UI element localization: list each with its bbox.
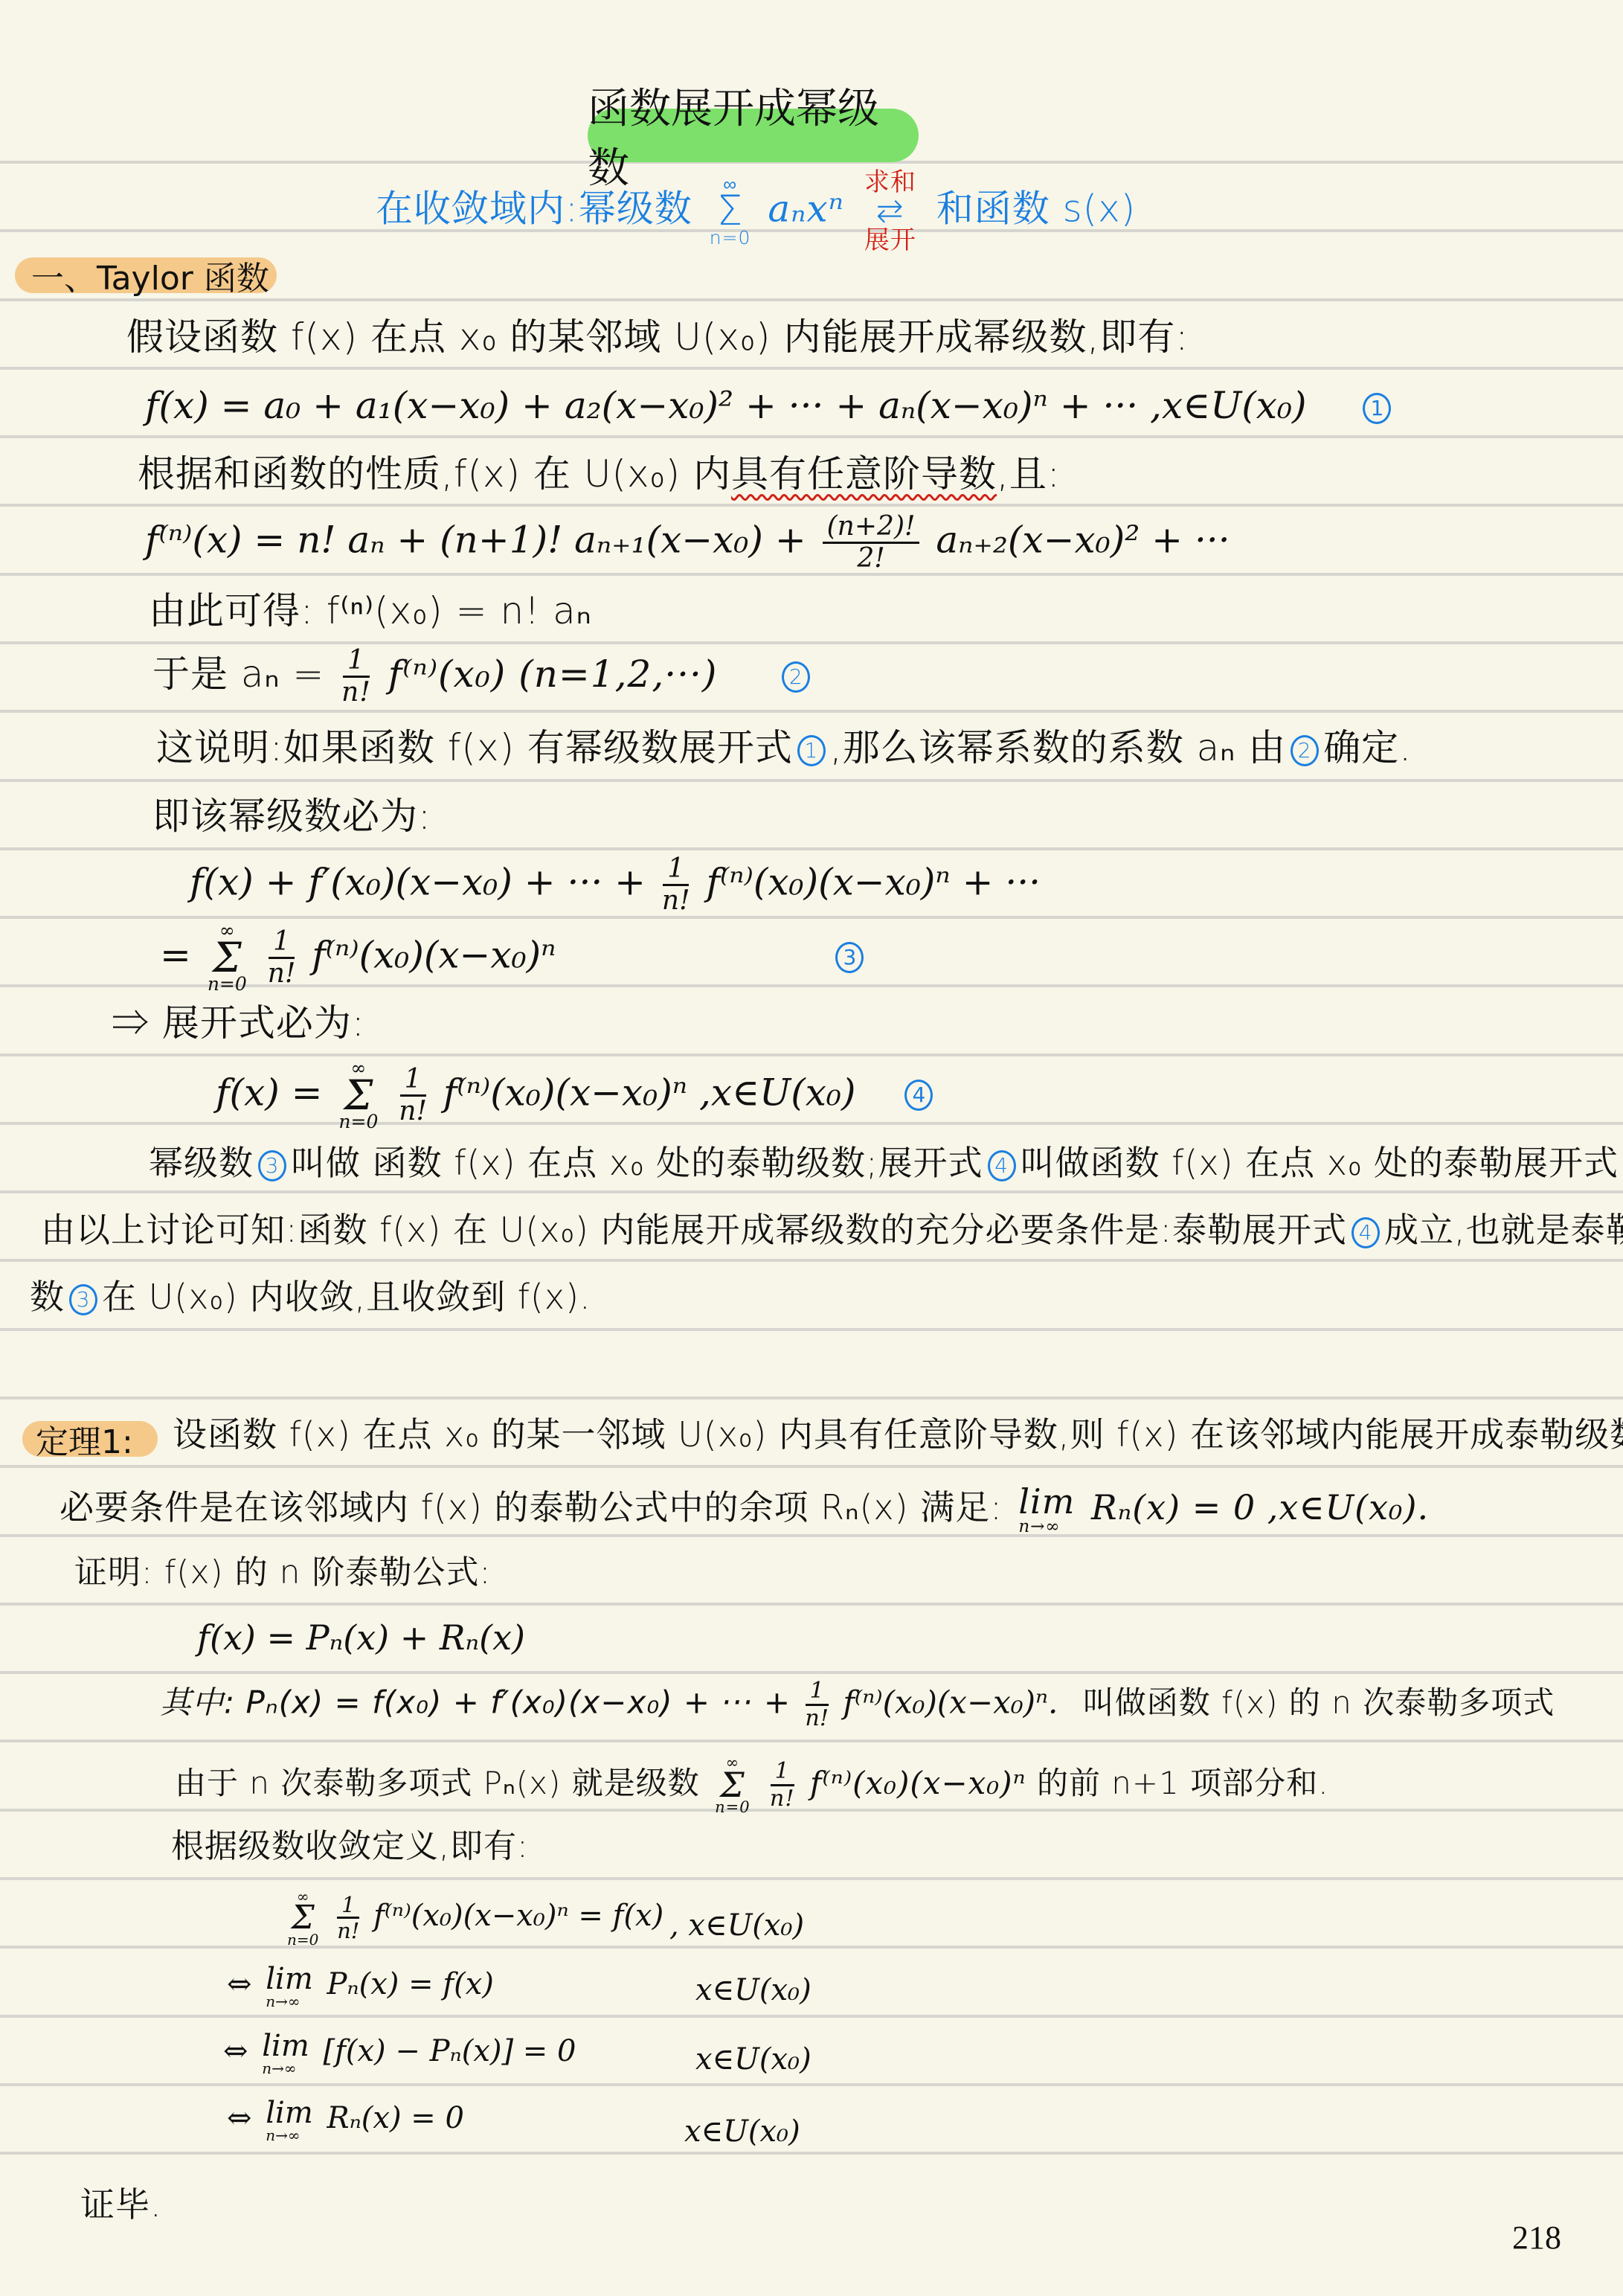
fraction: 1 n! [770, 1760, 795, 1810]
ref-tag-2: 2 [1291, 735, 1319, 766]
equivalence-arrow-icon: ⇔ [223, 2034, 248, 2068]
proof-step-domain: x∈U(x₀) [684, 2117, 800, 2146]
equation-series-expanded: f(x) + f′(x₀)(x−x₀) + ··· + 1 n! f⁽ⁿ⁾(x₀… [190, 856, 1041, 914]
section-heading-taylor: 一、Taylor 函数 [15, 257, 277, 293]
limit: lim n→∞ [262, 2031, 309, 2076]
text-line: 这说明:如果函数 f(x) 有幂级数展开式1,那么该幂系数的系数 aₙ 由2确定… [156, 729, 1412, 766]
sigma-symbol: ∞ Σ n=0 [710, 176, 751, 247]
fraction: 1 n! [337, 1894, 359, 1943]
proof-step-domain: x∈U(x₀) [695, 2045, 811, 2074]
rule-line [0, 367, 1623, 370]
equation-tag-4: 4 [904, 1080, 933, 1111]
double-arrow-icon: 求和 ⇄ 展开 [864, 170, 916, 253]
subtitle-term: aₙxⁿ [768, 187, 844, 231]
proof-end: 证毕. [80, 2187, 162, 2222]
rule-line [0, 1054, 1623, 1056]
limit: lim n→∞ [1018, 1484, 1075, 1536]
sigma-symbol: ∞ Σ n=0 [338, 1060, 378, 1131]
subtitle: 在收敛域内:幂级数 ∞ Σ n=0 aₙxⁿ 求和 ⇄ 展开 和函数 s(x) [376, 170, 1136, 253]
rule-line [0, 847, 1623, 850]
fraction: 1 n! [662, 856, 690, 914]
fraction: 1 n! [399, 1066, 427, 1125]
equation-1: f(x) = a₀ + a₁(x−x₀) + a₂(x−x₀)² + ··· +… [145, 387, 1395, 424]
ref-tag-3: 3 [69, 1284, 97, 1315]
sigma-symbol: ∞ Σ n=0 [715, 1756, 750, 1815]
proof-line: 证明: f(x) 的 n 阶泰勒公式: [74, 1556, 491, 1589]
rule-line [0, 1671, 1623, 1674]
equation-tag-2: 2 [782, 661, 810, 693]
fraction: 1 n! [268, 929, 296, 987]
ref-tag-3: 3 [258, 1150, 286, 1181]
theorem-label: 定理1: [22, 1421, 158, 1457]
rule-line [0, 1946, 1623, 1949]
limit: lim n→∞ [266, 1964, 313, 2009]
proof-step: ⇔ lim n→∞ [f(x) − Pₙ(x)] = 0 [223, 2031, 576, 2076]
proof-step: ⇔ lim n→∞ Rₙ(x) = 0 [227, 2098, 464, 2143]
rule-line [0, 1739, 1623, 1742]
rule-line [0, 504, 1623, 507]
fraction: 1 n! [341, 647, 371, 706]
sigma-symbol: ∞ Σ n=0 [208, 923, 247, 993]
text-line: 由此可得: f⁽ⁿ⁾(x₀) = n! aₙ [149, 592, 592, 629]
limit: lim n→∞ [266, 2098, 313, 2143]
subtitle-prefix: 在收敛域内:幂级数 [376, 187, 692, 231]
rule-line [0, 1328, 1623, 1331]
text-line: 即该幂级数必为: [152, 798, 431, 835]
sigma-symbol: ∞ Σ n=0 [287, 1890, 318, 1946]
proof-line: 根据级数收敛定义,即有: [171, 1830, 529, 1863]
equation-derivative: f⁽ⁿ⁾(x) = n! aₙ + (n+1)! aₙ₊₁(x−x₀) + (n… [145, 513, 1230, 572]
text-line: 幂级数3叫做 函数 f(x) 在点 x₀ 处的泰勒级数;展开式4叫做函数 f(x… [149, 1146, 1623, 1181]
rule-line [0, 916, 1623, 919]
arrow-top-label: 求和 [864, 170, 916, 195]
proof-line: 由于 n 次泰勒多项式 Pₙ(x) 就是级数 ∞ Σ n=0 1 n! f⁽ⁿ⁾… [175, 1756, 1329, 1815]
ref-tag-4: 4 [1352, 1217, 1380, 1248]
fraction: (n+2)! 2! [823, 513, 920, 572]
subtitle-suffix: 和函数 s(x) [936, 187, 1137, 231]
section-heading-text: 一、Taylor 函数 [31, 251, 269, 299]
proof-step-domain: , x∈U(x₀) [669, 1911, 804, 1940]
rule-line [0, 573, 1623, 576]
equivalence-arrow-icon: ⇔ [227, 1967, 252, 2001]
theorem-statement: 必要条件是在该邻域内 f(x) 的泰勒公式中的余项 Rₙ(x) 满足: lim … [60, 1484, 1429, 1536]
proof-step: ⇔ lim n→∞ Pₙ(x) = f(x) [227, 1964, 494, 2009]
page-title: 函数展开成幂级数 [588, 109, 919, 162]
theorem-statement: 设函数 f(x) 在点 x₀ 的某一邻域 U(x₀) 内具有任意阶导数,则 f(… [173, 1417, 1623, 1452]
rule-line [0, 1465, 1623, 1468]
proof-step-domain: x∈U(x₀) [695, 1975, 811, 2005]
rule-line [0, 2015, 1623, 2018]
equivalence-arrow-icon: ⇔ [227, 2101, 252, 2135]
rule-line [0, 1190, 1623, 1193]
text-line: 于是 aₙ = 1 n! f⁽ⁿ⁾(x₀) (n=1,2,···) 2 [152, 647, 814, 706]
text-line: 假设函数 f(x) 在点 x₀ 的某邻域 U(x₀) 内能展开成幂级数,即有: [126, 318, 1189, 356]
ref-tag-1: 1 [797, 735, 826, 766]
equation-tag-1: 1 [1363, 393, 1391, 424]
text-line: 由以上讨论可知:函数 f(x) 在 U(x₀) 内能展开成幂级数的充分必要条件是… [41, 1213, 1623, 1248]
rule-line [0, 779, 1623, 782]
proof-equation: f(x) = Pₙ(x) + Rₙ(x) [197, 1620, 525, 1655]
wavy-underline-emphasis: 具有任意阶导数 [731, 452, 997, 496]
rule-line [0, 641, 1623, 644]
fraction: 1 n! [805, 1680, 829, 1730]
rule-line [0, 710, 1623, 713]
page-number: 218 [1512, 2219, 1561, 2257]
ref-tag-4: 4 [988, 1150, 1016, 1181]
text-line: ⇒ 展开式必为: [112, 1004, 365, 1042]
rule-line [0, 1877, 1623, 1880]
equation-3: = ∞ Σ n=0 1 n! f⁽ⁿ⁾(x₀)(x−x₀)ⁿ 3 [160, 923, 868, 993]
rule-line [0, 1603, 1623, 1606]
rule-line [0, 435, 1623, 438]
proof-equation: 其中: Pₙ(x) = f(x₀) + f′(x₀)(x−x₀) + ··· +… [160, 1680, 1555, 1730]
rule-line [0, 2152, 1623, 2155]
rule-line [0, 2083, 1623, 2086]
equation-4: f(x) = ∞ Σ n=0 1 n! f⁽ⁿ⁾(x₀)(x−x₀)ⁿ ,x∈U… [216, 1060, 937, 1131]
text-line: 根据和函数的性质,f(x) 在 U(x₀) 内具有任意阶导数,且: [138, 455, 1061, 493]
text-line: 数3在 U(x₀) 内收敛,且收敛到 f(x). [30, 1280, 591, 1315]
arrow-bottom-label: 展开 [864, 228, 916, 253]
rule-line [0, 1396, 1623, 1399]
equation-tag-3: 3 [835, 942, 864, 973]
proof-step: ∞ Σ n=0 1 n! f⁽ⁿ⁾(x₀)(x−x₀)ⁿ = f(x) [283, 1890, 663, 1946]
rule-line [0, 1259, 1623, 1262]
